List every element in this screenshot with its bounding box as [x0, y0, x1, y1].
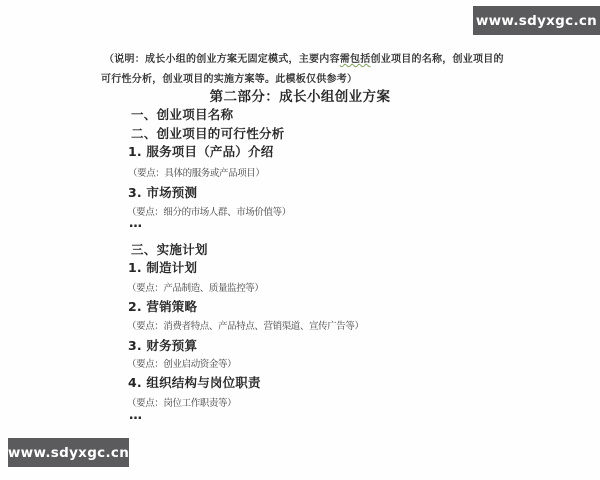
- outline-ellipsis-1: …: [129, 216, 141, 231]
- outline-point-6: （要点：岗位工作职责等）: [127, 395, 236, 409]
- page-title: 第二部分：成长小组创业方案: [0, 85, 600, 105]
- note-paragraph-line-1: （说明：成长小组的创业方案无固定模式，主要内容需包括创业项目的名称，创业项目的: [104, 50, 504, 65]
- note-text-pre: （说明：成长小组的创业方案无固定模式，主要内容: [104, 54, 340, 65]
- outline-point-5: （要点：创业启动资金等）: [127, 356, 236, 370]
- document-page: www.sdyxgc.cn （说明：成长小组的创业方案无固定模式，主要内容需包括…: [0, 0, 600, 480]
- note-paragraph-line-2: 可行性分析，创业项目的实施方案等。此模板仅供参考）: [101, 70, 357, 85]
- outline-item-2: 3. 市场预测: [128, 183, 197, 201]
- watermark-url-top: www.sdyxgc.cn: [476, 13, 597, 29]
- note-text-grammar-marked: 需包括: [340, 54, 371, 65]
- outline-point-3: （要点：产品制造、质量监控等）: [127, 280, 264, 294]
- outline-section-1: 一、创业项目名称: [131, 105, 233, 123]
- watermark-url-bottom: www.sdyxgc.cn: [8, 445, 129, 461]
- outline-section-3: 三、实施计划: [131, 240, 208, 258]
- outline-item-4: 2. 营销策略: [128, 297, 197, 315]
- outline-item-5: 3. 财务预算: [128, 336, 197, 354]
- outline-item-3: 1. 制造计划: [128, 258, 197, 276]
- outline-item-6: 4. 组织结构与岗位职责: [128, 373, 261, 391]
- outline-point-1: （要点：具体的服务或产品项目）: [128, 165, 265, 179]
- outline-ellipsis-2: …: [129, 408, 141, 423]
- outline-point-4: （要点：消费者特点、产品特点、营销渠道、宣传广告等）: [127, 318, 364, 332]
- outline-section-2: 二、创业项目的可行性分析: [131, 124, 285, 142]
- outline-point-2: （要点：细分的市场人群、市场价值等）: [127, 204, 291, 218]
- watermark-banner-top: www.sdyxgc.cn: [473, 6, 600, 35]
- note-text-post: 创业项目的名称，创业项目的: [371, 54, 504, 65]
- watermark-banner-bottom: www.sdyxgc.cn: [8, 438, 129, 467]
- outline-item-1: 1. 服务项目（产品）介绍: [128, 142, 273, 160]
